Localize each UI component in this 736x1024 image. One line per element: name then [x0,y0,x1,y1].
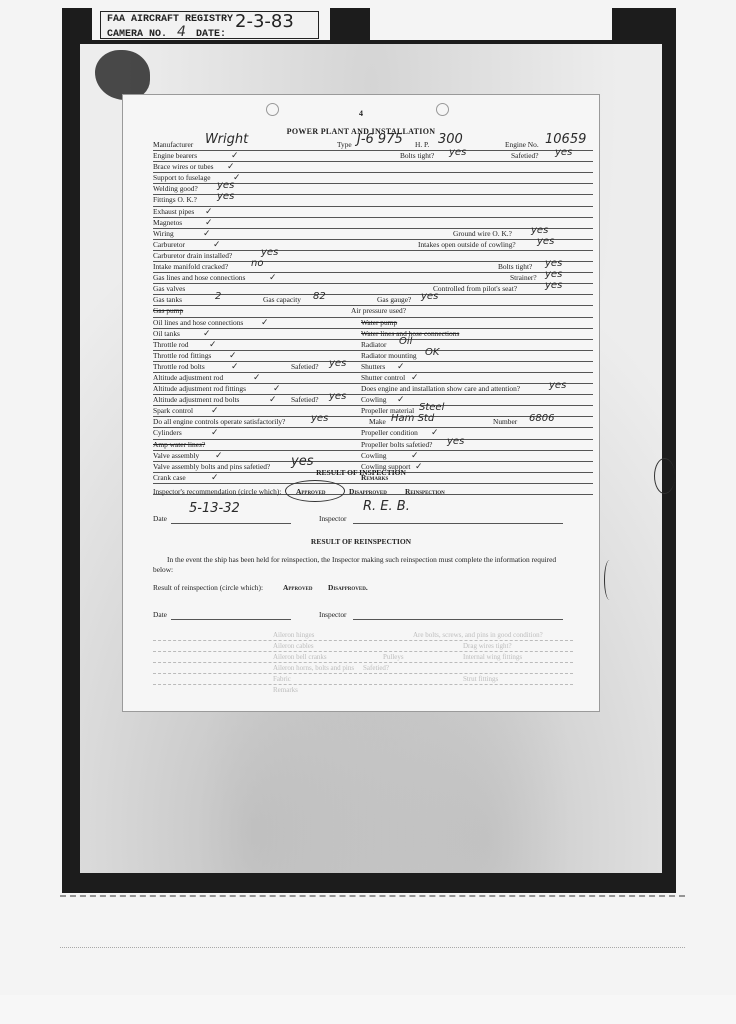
row-spark-control: Spark control ✓ Propeller material Steel [153,406,593,417]
bleed-through-text: Aileron horns, bolts and pins [273,663,354,673]
cowling-label: Cowling [361,395,386,405]
date-line [171,523,291,524]
bleed-through-text: Safetied? [363,663,389,673]
item-label: Brace wires or tubes [153,162,214,172]
type-value: J-6 975 [357,135,403,145]
item-label: Carburetor [153,240,185,250]
item-value: ✓ [273,383,281,393]
make-value: Ham Std [391,414,434,424]
item-value: ✓ [227,161,235,171]
strainer-value: yes [545,270,562,280]
item-value: ✓ [203,228,211,238]
controlled-label: Controlled from pilot's seat? [433,284,517,294]
row-engine-controls: Do all engine controls operate satisfact… [153,417,593,428]
reinspection-instructions: In the event the ship has been held for … [153,555,573,575]
bleed-through-text: Internal wing fittings [463,652,522,662]
row-fittings: Fittings O. K.? yes [153,195,593,206]
item-label: Fittings O. K.? [153,195,197,205]
result-title: RESULT OF INSPECTION [123,468,599,478]
item-label: Welding good? [153,184,198,194]
prop-condition-value: ✓ [431,427,439,437]
row-carb-drain: Carburetor drain installed? yes [153,251,593,262]
number-label: Number [493,417,517,427]
film-frame-top-middle [330,8,370,44]
row-gas-pump: Gas pump Air pressure used? [153,306,593,317]
bleed-line [153,651,573,652]
item-value: ✓ [269,272,277,282]
type-label: Type [337,140,352,150]
item-value: 2 [215,292,221,302]
reinspection-option: Reinspection [405,487,445,497]
row-manufacturer: Manufacturer Wright Type J-6 975 H. P. 3… [153,140,593,151]
item-value: ✓ [229,350,237,360]
bolts-tight-value: yes [449,148,466,158]
ground-wire-label: Ground wire O. K.? [453,229,512,239]
date-label: DATE: [196,29,226,40]
prop-condition-label: Propeller condition [361,428,418,438]
reinspection-inspector-label: Inspector [319,610,347,620]
camera-number: 4 [177,24,186,40]
row-intake-manifold: Intake manifold cracked? no Bolts tight?… [153,262,593,273]
reinspection-approved-option: Approved [283,583,313,593]
reinspection-date-label: Date [153,610,167,620]
cowling-2-label: Cowling [361,451,386,461]
item-label: Oil lines and hose connections [153,318,243,328]
air-pressure-label: Air pressure used? [351,306,406,316]
alt-safetied-label: Safetied? [291,395,319,405]
inspection-form: 4 POWER PLANT AND INSTALLATION Manufactu… [122,94,600,712]
row-oil-lines: Oil lines and hose connections ✓ Water p… [153,318,593,329]
row-altitude-rod: Altitude adjustment rod ✓ Shutter contro… [153,373,593,384]
item-label: Gas tanks [153,295,182,305]
recommendation-label: Inspector's recommendation (circle which… [153,487,281,497]
prop-bolts-label: Propeller bolts safetied? [361,440,432,450]
item-label: Gas pump [153,306,183,316]
item-value: yes [261,248,278,258]
film-frame-right [662,8,676,892]
safetied-value: yes [555,148,572,158]
radiator-value: Oil [399,337,412,347]
row-valve-assembly: Valve assembly ✓ Cowling ✓ [153,451,593,462]
row-altitude-fittings: Altitude adjustment rod fittings ✓ Does … [153,384,593,395]
prop-material-value: Steel [419,403,444,413]
film-frame-top-left [62,8,92,44]
film-frame-bottom [62,873,676,893]
film-frame-left [62,8,80,892]
date-label: Date [153,514,167,524]
item-label: Oil tanks [153,329,180,339]
intakes-open-value: yes [537,237,554,247]
throttle-safetied-label: Safetied? [291,362,319,372]
item-label: Magnetos [153,218,182,228]
item-label: Throttle rod bolts [153,362,205,372]
item-label: Carburetor drain installed? [153,251,232,261]
inspector-line [353,523,563,524]
item-label: Exhaust pipes [153,207,194,217]
controlled-value: yes [545,281,562,291]
item-value: yes [217,192,234,202]
reinspection-disapproved-option: Disapproved. [328,583,368,593]
row-throttle-fittings: Throttle rod fittings ✓ Radiator mountin… [153,351,593,362]
radiator-label: Radiator [361,340,386,350]
safetied-label: Safetied? [511,151,539,161]
camera-label: CAMERA NO. [107,29,167,40]
row-gas-tanks: Gas tanks 2 Gas capacity 82 Gas gauge? y… [153,295,593,306]
prop-bolts-value: yes [447,437,464,447]
reinspection-date-line [171,619,291,620]
item-label: Support to fuselage [153,173,210,183]
alt-safetied-value: yes [329,392,346,402]
item-label: Throttle rod [153,340,189,350]
item-value: ✓ [269,394,277,404]
row-throttle-bolts: Throttle rod bolts ✓ Safetied? yes Shutt… [153,362,593,373]
bleed-through-text: Pulleys [383,652,404,662]
item-value: ✓ [203,328,211,338]
bolts-tight-2-value: yes [545,259,562,269]
bleed-through-text: Remarks [273,685,298,695]
form-rows: Manufacturer Wright Type J-6 975 H. P. 3… [153,140,593,495]
item-value: ✓ [213,239,221,249]
registry-date: 2-3-83 [235,16,294,28]
bleed-line [153,640,573,641]
bleed-through-text: Fabric [273,674,291,684]
scan-artifact-lines [60,895,685,948]
engine-no-value: 10659 [545,135,586,145]
item-value: yes [217,181,234,191]
shutter-control-label: Shutter control [361,373,405,383]
margin-paren-mark [604,560,615,600]
item-label: Valve assembly [153,451,199,461]
row-brace-wires: Brace wires or tubes ✓ [153,162,593,173]
radiator-mounting-label: Radiator mounting [361,351,417,361]
reinspection-result-label: Result of reinspection (circle which): [153,583,263,593]
bleed-through-text: Aileron hinges [273,630,314,640]
throttle-safetied-value: yes [329,359,346,369]
item-label: Throttle rod fittings [153,351,211,361]
item-value: ✓ [231,150,239,160]
row-exhaust: Exhaust pipes ✓ [153,207,593,218]
gas-capacity-label: Gas capacity [263,295,301,305]
row-oil-tanks: Oil tanks ✓ Water lines and hose connect… [153,329,593,340]
item-value: ✓ [205,206,213,216]
gas-gauge-label: Gas gauge? [377,295,411,305]
row-engine-bearers: Engine bearers ✓ Bolts tight? yes Safeti… [153,151,593,162]
bleed-line [153,662,573,663]
item-value: ✓ [215,450,223,460]
hp-label: H. P. [415,140,429,150]
number-value: 6806 [529,414,554,424]
bleed-through-text: Drag wires tight? [463,641,512,651]
inspection-date: 5-13-32 [189,504,240,514]
margin-bracket-mark [654,458,675,494]
water-pump-label: Water pump [361,318,397,328]
item-value: yes [311,414,328,424]
radiator-mounting-value: OK [425,348,439,358]
item-value: no [251,259,263,269]
item-value: ✓ [209,339,217,349]
item-label: Intake manifold cracked? [153,262,228,272]
inspector-label: Inspector [319,514,347,524]
bleed-through-text: Aileron bell cranks [273,652,327,662]
item-label: Cylinders [153,428,182,438]
item-label: Wiring [153,229,174,239]
reinspection-inspector-line [353,619,563,620]
manufacturer-value: Wright [205,135,248,145]
bolts-tight-label: Bolts tight? [400,151,434,161]
hp-value: 300 [438,135,463,145]
row-gas-lines: Gas lines and hose connections ✓ Straine… [153,273,593,284]
row-altitude-bolts: Altitude adjustment rod bolts ✓ Safetied… [153,395,593,406]
row-throttle-rod: Throttle rod ✓ Radiator Oil [153,340,593,351]
item-label: Altitude adjustment rod fittings [153,384,246,394]
item-value: ✓ [211,405,219,415]
engine-no-label: Engine No. [505,140,539,150]
bleed-through-text: Are bolts, screws, and pins in good cond… [413,630,543,640]
reinspection-title: RESULT OF REINSPECTION [123,537,599,547]
item-value: ✓ [211,427,219,437]
bleed-line [153,684,573,685]
shutters-label: Shutters [361,362,385,372]
item-label: Engine bearers [153,151,197,161]
manufacturer-label: Manufacturer [153,140,193,150]
shutters-value: ✓ [397,361,405,371]
gas-gauge-value: yes [421,292,438,302]
intakes-open-label: Intakes open outside of cowling? [418,240,516,250]
item-label: Spark control [153,406,193,416]
film-frame-top-right [612,8,676,44]
strainer-label: Strainer? [510,273,537,283]
item-label: Gas lines and hose connections [153,273,245,283]
item-label: Do all engine controls operate satisfact… [153,417,285,427]
ground-wire-value: yes [531,226,548,236]
care-value: yes [549,381,566,391]
row-cylinders: Cylinders ✓ Propeller condition ✓ [153,428,593,439]
item-value: ✓ [253,372,261,382]
registry-stamp: FAA AIRCRAFT REGISTRY CAMERA NO. 4 DATE:… [100,11,319,39]
care-label: Does engine and installation show care a… [361,384,520,394]
item-label: Gas valves [153,284,185,294]
item-label: Altitude adjustment rod [153,373,223,383]
approved-circle-mark [285,480,345,502]
scan-margin [0,995,736,1024]
bolts-tight-2-label: Bolts tight? [498,262,532,272]
row-magnetos: Magnetos ✓ [153,218,593,229]
disapproved-option: Disapproved [349,487,387,497]
item-label: Amp water lines? [153,440,205,450]
item-value: yes [291,457,313,467]
item-value: ✓ [261,317,269,327]
gas-capacity-value: 82 [313,292,326,302]
item-label: Altitude adjustment rod bolts [153,395,239,405]
shutter-control-value: ✓ [411,372,419,382]
cowling-value: ✓ [397,394,405,404]
row-carburetor: Carburetor ✓ Intakes open outside of cow… [153,240,593,251]
bleed-through-text: Strut fittings [463,674,498,684]
bleed-through-text: Aileron cables [273,641,314,651]
inspector-signature: R. E. B. [363,502,410,512]
item-value: ✓ [205,217,213,227]
make-label: Make [369,417,386,427]
bleed-line [153,673,573,674]
cowling-2-value: ✓ [411,450,419,460]
item-value: ✓ [231,361,239,371]
page-number: 4 [123,109,599,119]
